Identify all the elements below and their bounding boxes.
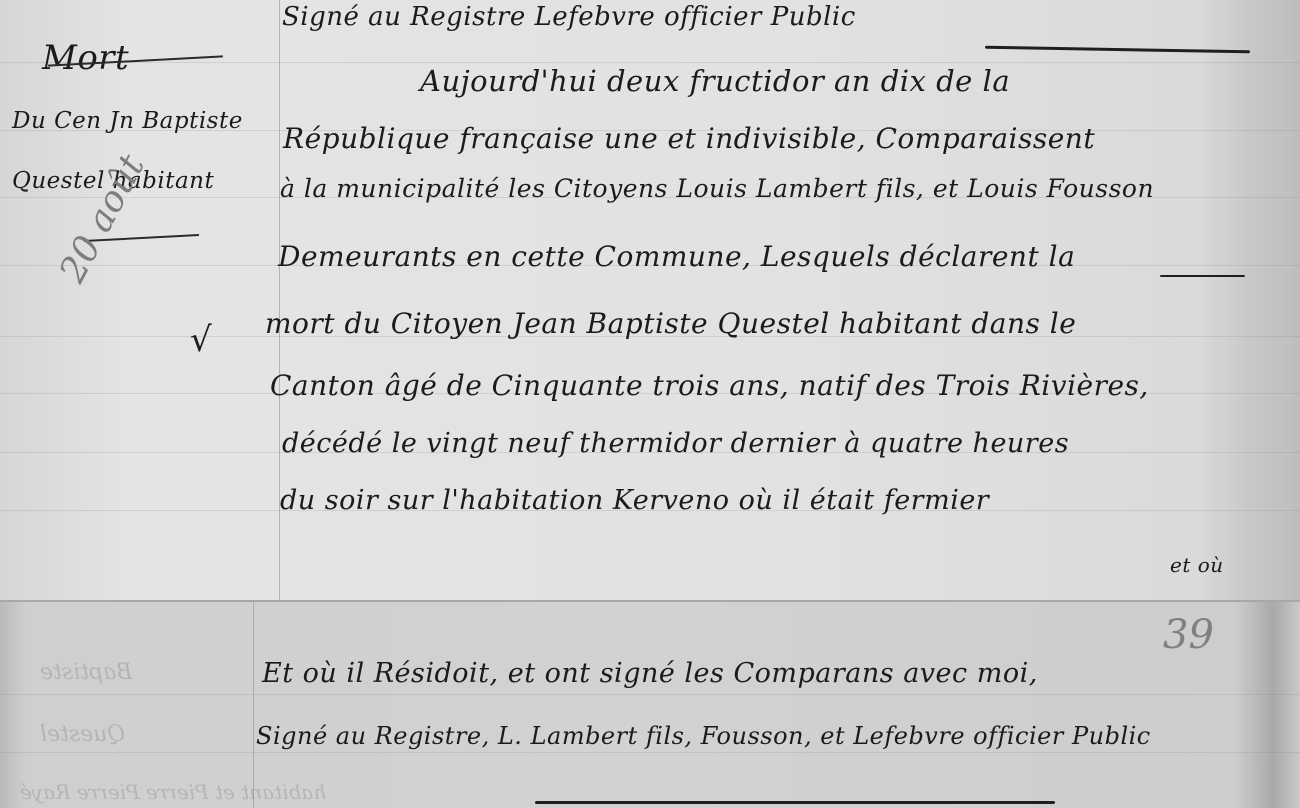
record-line-5: mort du Citoyen Jean Baptiste Questel ha… xyxy=(265,307,1076,340)
bleed-through-text: Questel xyxy=(40,722,125,747)
record-line-8: du soir sur l'habitation Kerveno où il é… xyxy=(280,485,989,516)
continuation-line-2: Signé au Registre, L. Lambert fils, Fous… xyxy=(256,722,1151,750)
margin-title: Mort xyxy=(42,38,129,78)
record-line-9-carry: et où xyxy=(1170,553,1224,577)
line-filler xyxy=(1160,275,1245,277)
record-line-6: Canton âgé de Cinquante trois ans, natif… xyxy=(270,369,1149,402)
previous-record-signature-line: Signé au Registre Lefebvre officier Publ… xyxy=(282,2,856,32)
ruled-line xyxy=(0,694,1300,695)
ruled-line xyxy=(0,62,1300,63)
record-line-1: Aujourd'hui deux fructidor an dix de la xyxy=(420,64,1010,98)
record-line-7: décédé le vingt neuf thermidor dernier à… xyxy=(282,428,1069,459)
margin-subject-line1: Du Cen Jn Baptiste xyxy=(12,108,243,134)
closing-rule xyxy=(535,801,1055,804)
bleed-through-text: habitant et Pierre Pierre Rayé xyxy=(20,780,326,804)
closing-rule xyxy=(985,46,1250,54)
record-line-3: à la municipalité les Citoyens Louis Lam… xyxy=(280,174,1154,203)
margin-rule xyxy=(253,602,254,808)
continuation-line-1: Et où il Résidoit, et ont signé les Comp… xyxy=(262,658,1038,689)
register-page-upper-scan: Signé au Registre Lefebvre officier Publ… xyxy=(0,0,1300,602)
record-line-4: Demeurants en cette Commune, Lesquels dé… xyxy=(278,240,1075,273)
record-line-2: République française une et indivisible,… xyxy=(283,122,1095,155)
ruled-line xyxy=(0,752,1300,753)
check-mark-icon: √ xyxy=(190,320,212,360)
bleed-through-text: Baptiste xyxy=(40,660,132,685)
register-page-lower-scan: Baptiste Questel habitant et Pierre Pier… xyxy=(0,602,1300,808)
folio-number: 39 xyxy=(1163,612,1214,658)
